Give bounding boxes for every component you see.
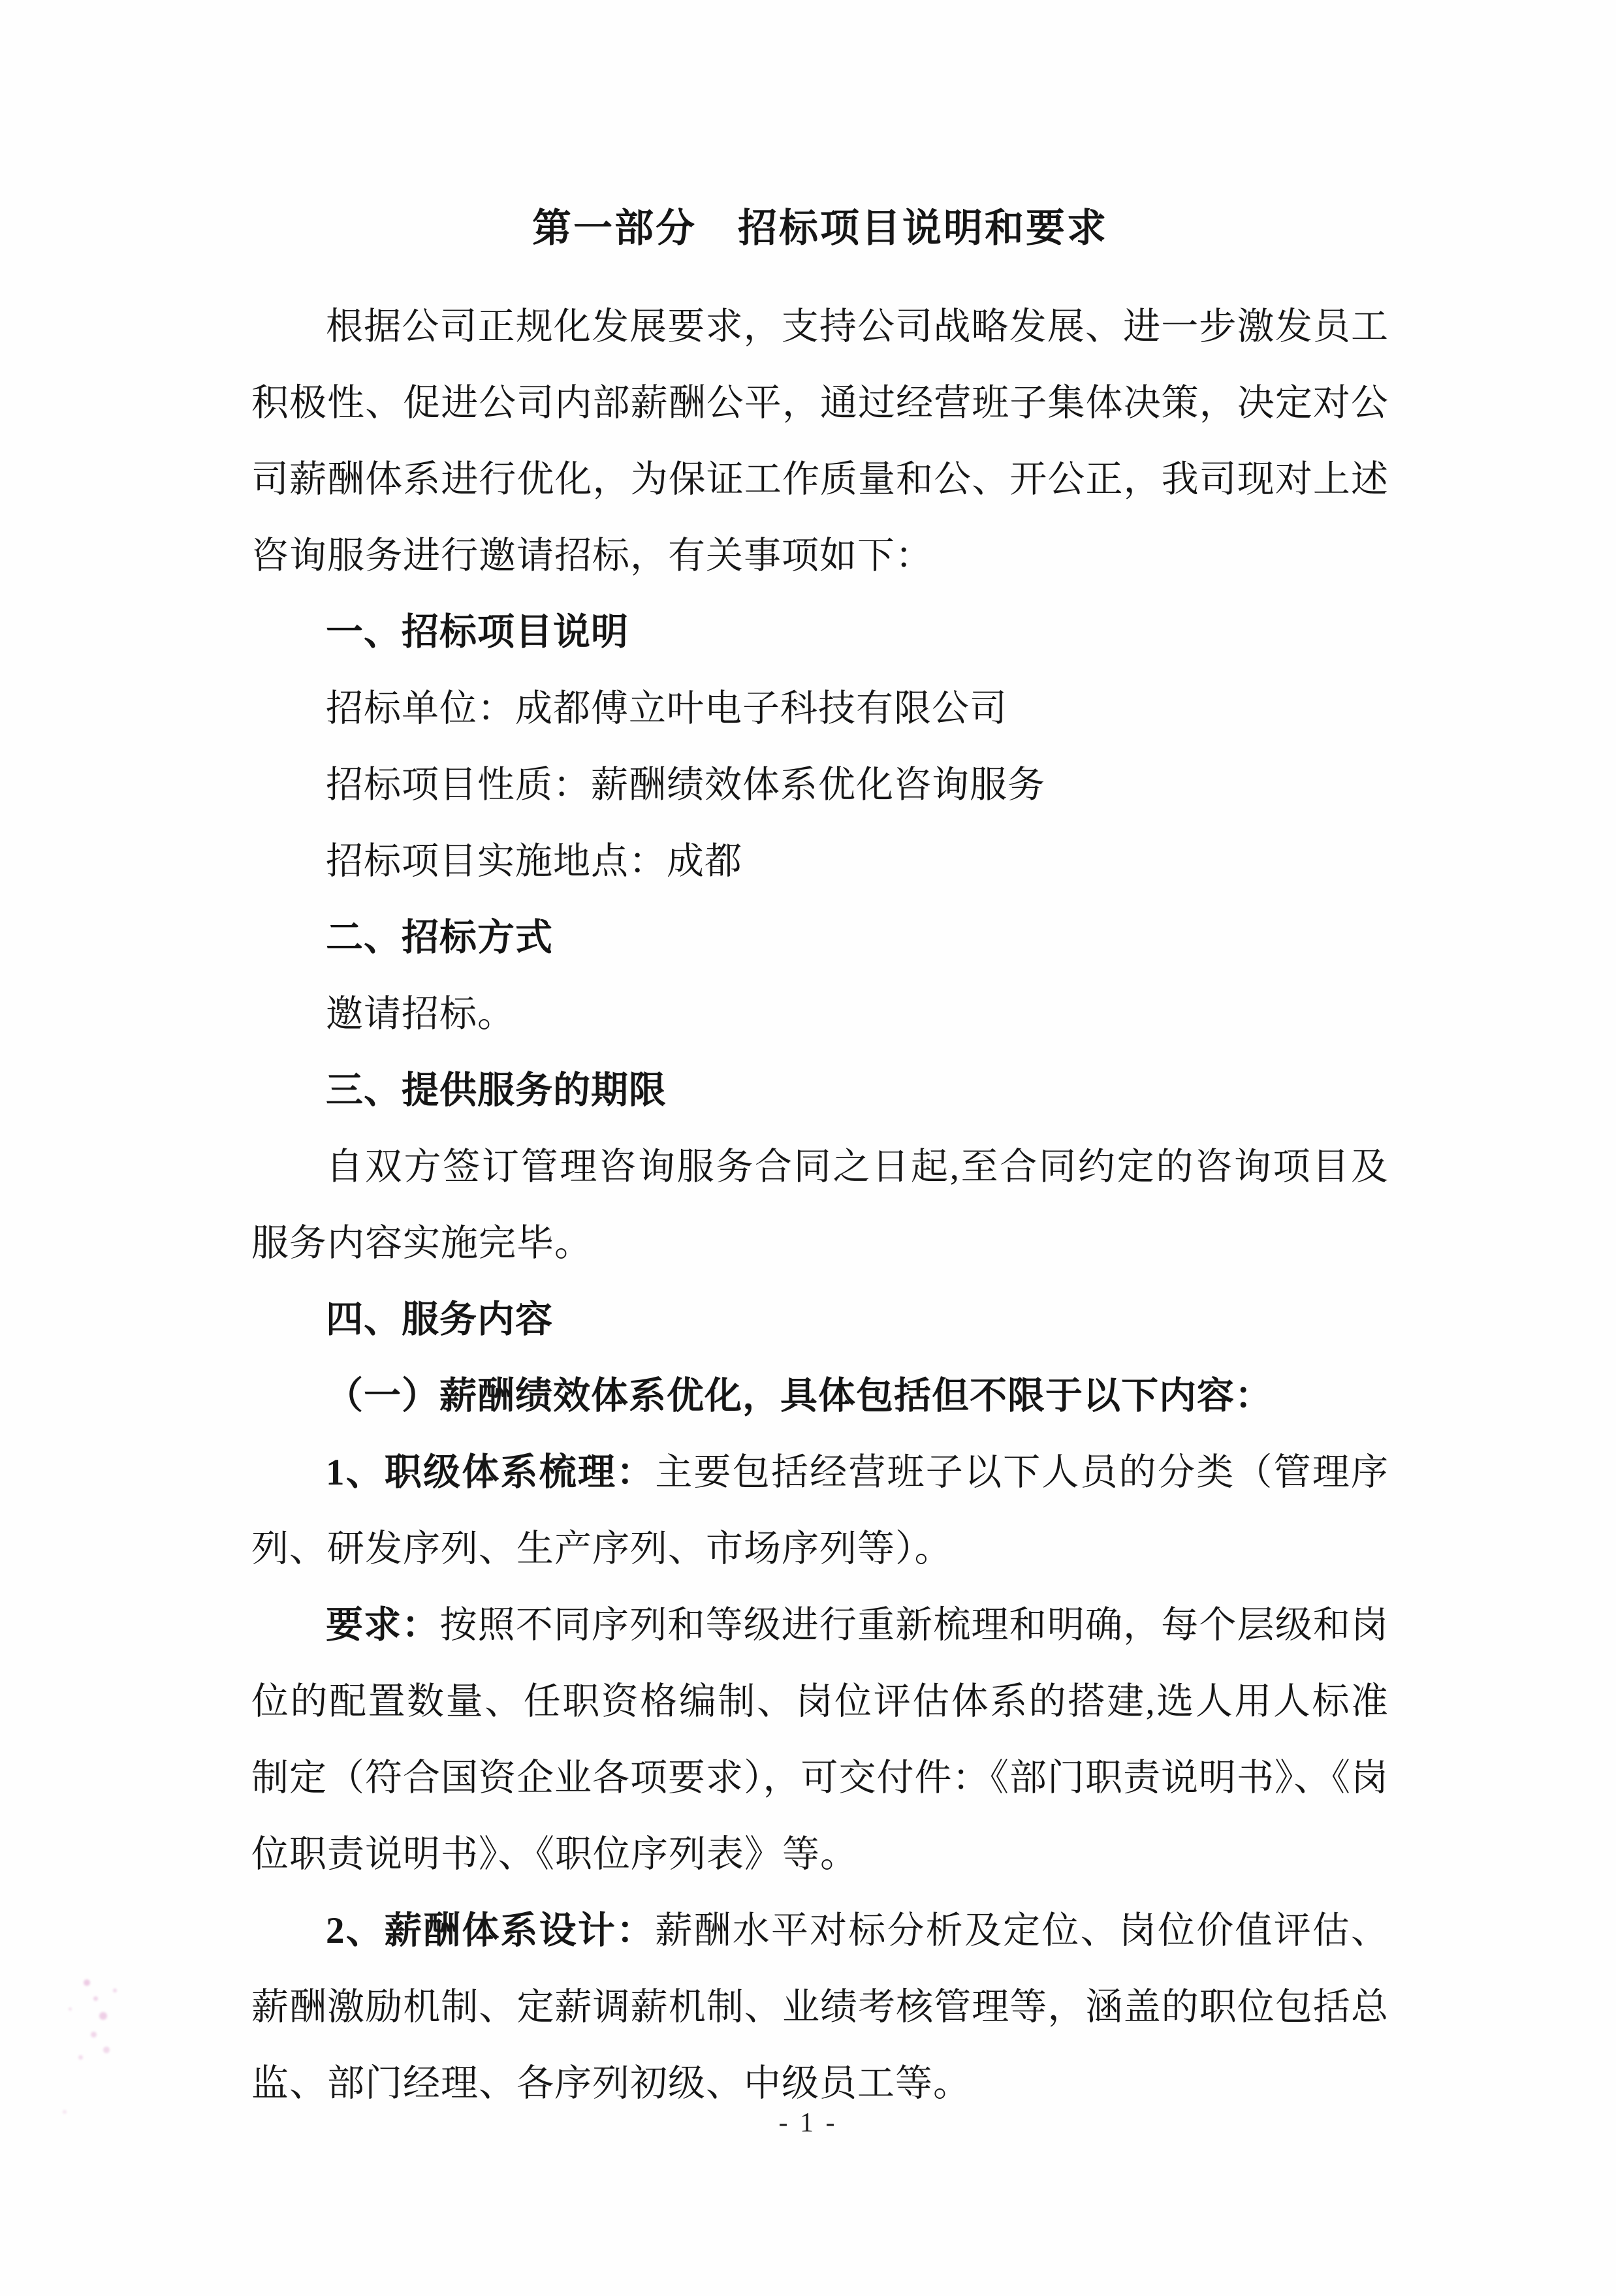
text-run: 一、招标项目说明 <box>326 612 629 653</box>
text-run: 要求： <box>326 1605 439 1646</box>
text-run: 邀请招标。 <box>326 994 515 1035</box>
paragraph: 1、职级体系梳理：主要包括经营班子以下人员的分类（管理序列、研发序列、生产序列、… <box>251 1434 1389 1587</box>
section-heading: 一、招标项目说明 <box>251 594 1389 670</box>
paragraph: 自双方签订管理咨询服务合同之日起,至合同约定的咨询项目及服务内容实施完毕。 <box>251 1129 1389 1282</box>
paragraph: 要求：按照不同序列和等级进行重新梳理和明确，每个层级和岗位的配置数量、任职资格编… <box>251 1587 1389 1893</box>
scan-artifact <box>78 2055 83 2060</box>
document-title: 第一部分 招标项目说明和要求 <box>251 191 1389 267</box>
scan-artifact <box>93 1996 98 2001</box>
scan-artifact <box>113 1989 117 1992</box>
text-run: 2、薪酬体系设计： <box>326 1910 655 1951</box>
document-body: 第一部分 招标项目说明和要求根据公司正规化发展要求，支持公司战略发展、进一步激发… <box>251 191 1389 2122</box>
text-run: 招标项目实施地点：成都 <box>326 841 742 882</box>
text-run: 1、职级体系梳理： <box>326 1452 655 1493</box>
text-run: 第一部分 招标项目说明和要求 <box>532 207 1108 250</box>
paragraph: 2、薪酬体系设计：薪酬水平对标分析及定位、岗位价值评估、薪酬激励机制、定薪调薪机… <box>251 1893 1389 2122</box>
text-run: 自双方签订管理咨询服务合同之日起,至合同约定的咨询项目及服务内容实施完毕。 <box>251 1146 1389 1264</box>
text-run: 根据公司正规化发展要求，支持公司战略发展、进一步激发员工积极性、促进公司内部薪酬… <box>251 306 1389 576</box>
text-run: （一）薪酬绩效体系优化，具体包括但不限于以下内容： <box>326 1376 1273 1417</box>
scan-artifact <box>103 2047 110 2053</box>
paragraph: 招标单位：成都傅立叶电子科技有限公司 <box>251 670 1389 747</box>
section-heading: 四、服务内容 <box>251 1282 1389 1358</box>
section-heading: 三、提供服务的期限 <box>251 1052 1389 1129</box>
text-run: 招标项目性质：薪酬绩效体系优化咨询服务 <box>326 764 1045 806</box>
scan-artifact <box>69 2007 72 2011</box>
page-number: - 1 - <box>0 2103 1616 2143</box>
section-heading: （一）薪酬绩效体系优化，具体包括但不限于以下内容： <box>251 1358 1389 1434</box>
paragraph: 邀请招标。 <box>251 976 1389 1052</box>
scanned-page: 第一部分 招标项目说明和要求根据公司正规化发展要求，支持公司战略发展、进一步激发… <box>0 0 1616 2296</box>
scan-artifact <box>84 1979 90 1986</box>
text-run: 三、提供服务的期限 <box>326 1070 667 1111</box>
paragraph: 招标项目性质：薪酬绩效体系优化咨询服务 <box>251 747 1389 823</box>
section-heading: 二、招标方式 <box>251 900 1389 976</box>
text-run: 二、招标方式 <box>326 917 553 958</box>
scan-artifact <box>63 2110 67 2114</box>
text-run: 四、服务内容 <box>326 1299 553 1340</box>
text-run: 招标单位：成都傅立叶电子科技有限公司 <box>326 688 1007 729</box>
paragraph: 招标项目实施地点：成都 <box>251 823 1389 900</box>
scan-artifact <box>91 2032 97 2037</box>
paragraph: 根据公司正规化发展要求，支持公司战略发展、进一步激发员工积极性、促进公司内部薪酬… <box>251 289 1389 594</box>
scan-artifact <box>99 2012 107 2020</box>
